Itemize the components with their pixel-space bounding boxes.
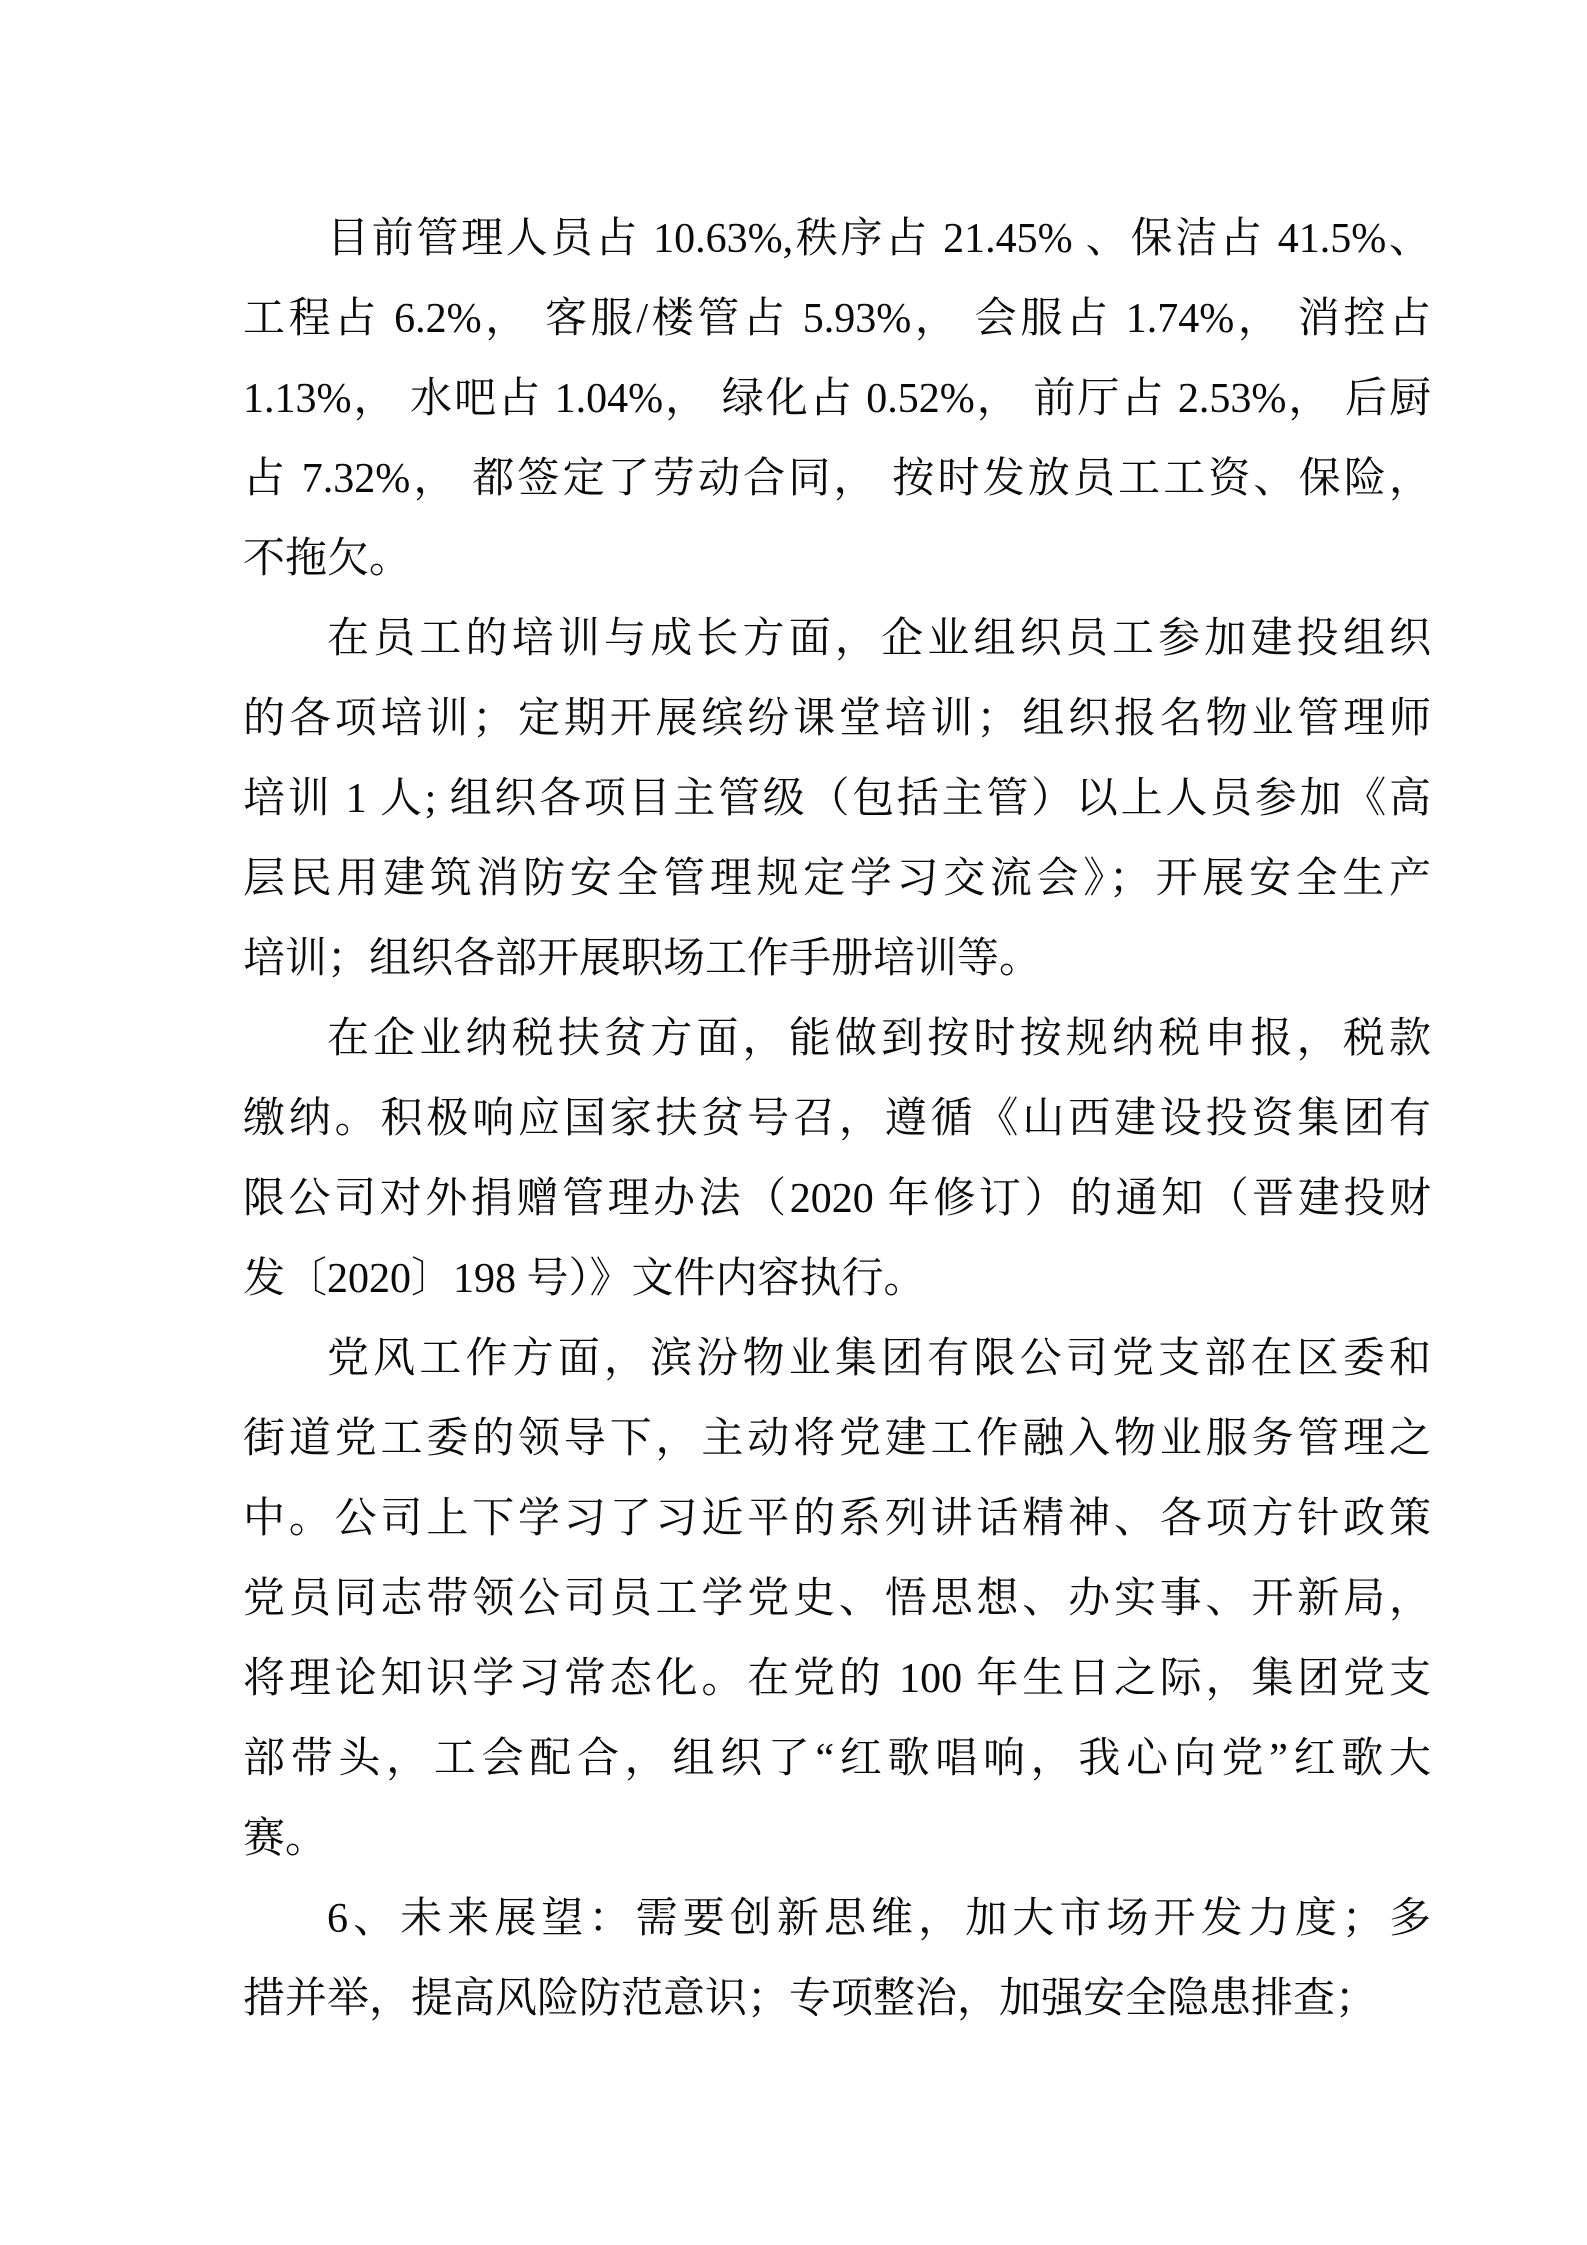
text-line: 在员工的培训与成长方面，企业组织员工参加建投组织 bbox=[243, 599, 1431, 679]
document-body: 目前管理人员占 10.63%,秩序占 21.45% 、保洁占 41.5%、 工程… bbox=[243, 199, 1431, 2039]
text-line: 层民用建筑消防安全管理规定学习交流会》；开展安全生产 bbox=[243, 839, 1431, 919]
text-line: 限公司对外捐赠管理办法（2020 年修订）的通知（晋建投财 bbox=[243, 1159, 1431, 1239]
text-line: 的各项培训；定期开展缤纷课堂培训；组织报名物业管理师 bbox=[243, 679, 1431, 759]
text-line: 将理论知识学习常态化。在党的 100 年生日之际，集团党支 bbox=[243, 1639, 1431, 1719]
text-line: 发〔2020〕198 号）》文件内容执行。 bbox=[243, 1239, 1431, 1319]
document-page: 目前管理人员占 10.63%,秩序占 21.45% 、保洁占 41.5%、 工程… bbox=[0, 0, 1587, 2245]
text-line: 党风工作方面，滨汾物业集团有限公司党支部在区委和 bbox=[243, 1319, 1431, 1399]
text-line: 培训；组织各部开展职场工作手册培训等。 bbox=[243, 919, 1431, 999]
text-line: 中。公司上下学习了习近平的系列讲话精神、各项方针政策 bbox=[243, 1479, 1431, 1559]
paragraph-tax-poverty-relief: 在企业纳税扶贫方面，能做到按时按规纳税申报，税款 缴纳。积极响应国家扶贫号召，遵… bbox=[243, 999, 1431, 1319]
paragraph-training-growth: 在员工的培训与成长方面，企业组织员工参加建投组织 的各项培训；定期开展缤纷课堂培… bbox=[243, 599, 1431, 999]
text-line: 措并举，提高风险防范意识；专项整治，加强安全隐患排查； bbox=[243, 1959, 1431, 2039]
text-line: 街道党工委的领导下，主动将党建工作融入物业服务管理之 bbox=[243, 1399, 1431, 1479]
text-line: 目前管理人员占 10.63%,秩序占 21.45% 、保洁占 41.5%、 bbox=[243, 199, 1431, 279]
paragraph-future-outlook: 6、未来展望：需要创新思维，加大市场开发力度；多 措并举，提高风险防范意识；专项… bbox=[243, 1879, 1431, 2039]
text-line: 6、未来展望：需要创新思维，加大市场开发力度；多 bbox=[243, 1879, 1431, 1959]
paragraph-staffing-ratios: 目前管理人员占 10.63%,秩序占 21.45% 、保洁占 41.5%、 工程… bbox=[243, 199, 1431, 599]
text-line: 1.13%， 水吧占 1.04%， 绿化占 0.52%， 前厅占 2.53%， … bbox=[243, 359, 1431, 439]
text-line: 在企业纳税扶贫方面，能做到按时按规纳税申报，税款 bbox=[243, 999, 1431, 1079]
text-line: 工程占 6.2%， 客服/楼管占 5.93%， 会服占 1.74%， 消控占 bbox=[243, 279, 1431, 359]
text-line: 缴纳。积极响应国家扶贫号召，遵循《山西建设投资集团有 bbox=[243, 1079, 1431, 1159]
text-line: 部带头，工会配合，组织了“红歌唱响，我心向党”红歌大 bbox=[243, 1719, 1431, 1799]
text-line: 赛。 bbox=[243, 1799, 1431, 1879]
text-line: 占 7.32%， 都签定了劳动合同， 按时发放员工工资、保险， bbox=[243, 439, 1431, 519]
text-line: 党员同志带领公司员工学党史、悟思想、办实事、开新局， bbox=[243, 1559, 1431, 1639]
text-line: 不拖欠。 bbox=[243, 519, 1431, 599]
text-line: 培训 1 人; 组织各项目主管级（包括主管）以上人员参加《高 bbox=[243, 759, 1431, 839]
paragraph-party-work: 党风工作方面，滨汾物业集团有限公司党支部在区委和 街道党工委的领导下，主动将党建… bbox=[243, 1319, 1431, 1879]
